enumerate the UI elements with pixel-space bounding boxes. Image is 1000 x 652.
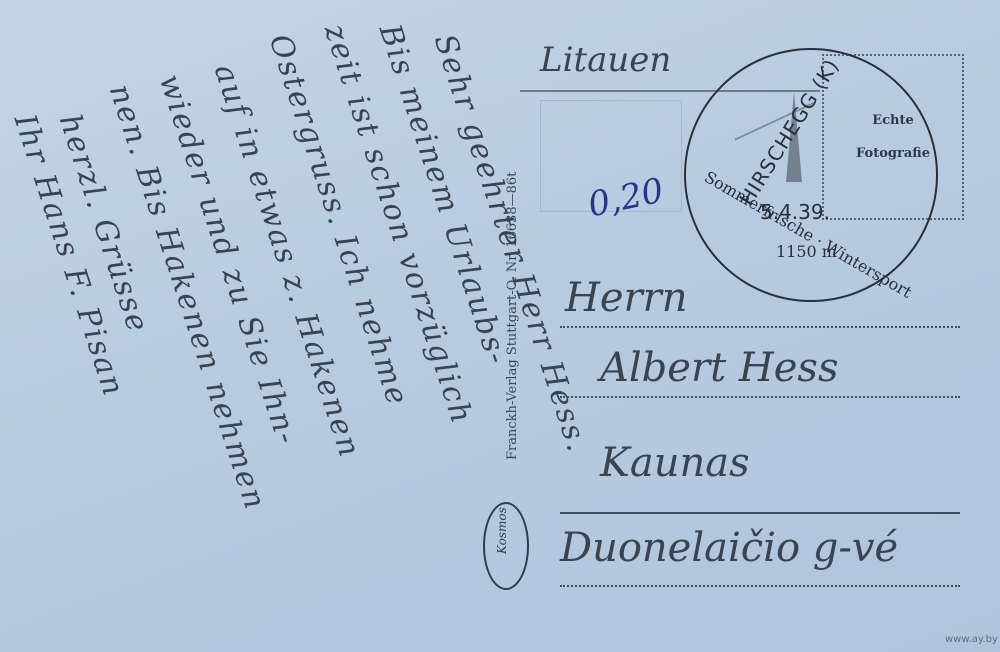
address-line — [560, 396, 960, 398]
address-salutation: Herrn — [565, 275, 688, 321]
publisher-imprint: Franckh-Verlag Stuttgart-O. Nr. 16638—86… — [505, 172, 520, 460]
destination-country: Litauen — [540, 40, 671, 80]
address-line — [560, 512, 960, 514]
logo-text: Kosmos — [495, 507, 509, 554]
address-name: Albert Hess — [600, 345, 838, 391]
address-line — [560, 585, 960, 587]
kosmos-logo: Kosmos — [483, 502, 529, 590]
address-street: Duonelaičio g-vé — [560, 525, 898, 571]
address-line — [560, 326, 960, 328]
postcard: Litauen Sehr geehrter Herr Hess. Bis mei… — [0, 0, 1000, 652]
address-city: Kaunas — [600, 440, 750, 486]
watermark: www.ay.by — [945, 634, 998, 645]
